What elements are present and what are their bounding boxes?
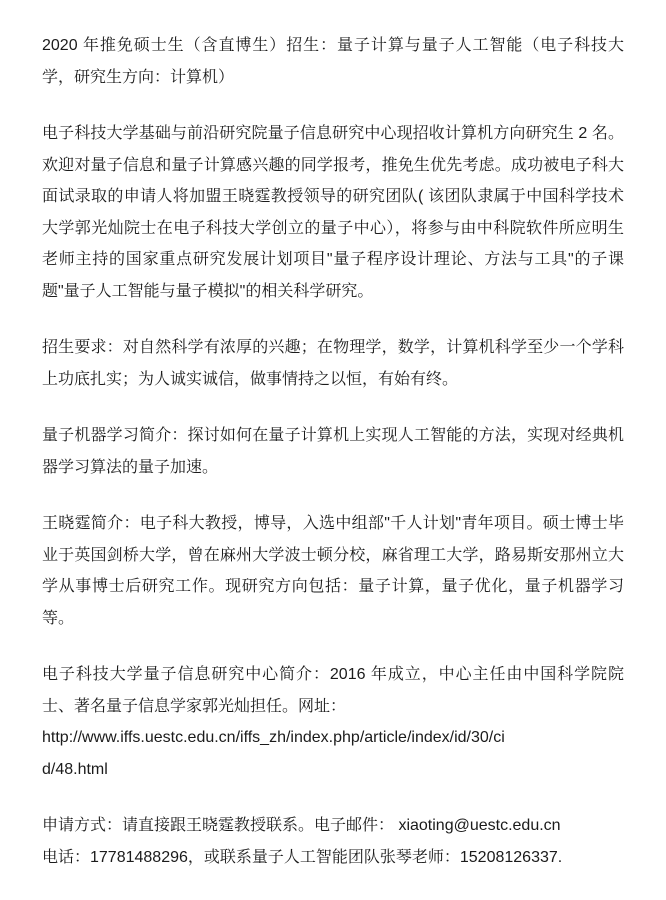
requirements-paragraph: 招生要求：对自然科学有浓厚的兴趣；在物理学，数学，计算机科学至少一个学科上功底扎… [42, 332, 624, 395]
page-title: 2020 年推免硕士生（含直博生）招生：量子计算与量子人工智能（电子科技大学，研… [42, 30, 624, 93]
apply-paragraph: 申请方式：请直接跟王晓霆教授联系。电子邮件： xiaoting@uestc.ed… [42, 810, 624, 873]
intro-paragraph: 电子科技大学基础与前沿研究院量子信息研究中心现招收计算机方向研究生 2 名。欢迎… [42, 118, 624, 307]
center-url-line-2: d/48.html [42, 754, 624, 786]
center-intro-text: 电子科技大学量子信息研究中心简介：2016 年成立，中心主任由中国科学院院士、著… [42, 666, 624, 715]
qml-intro-paragraph: 量子机器学习简介：探讨如何在量子计算机上实现人工智能的方法，实现对经典机器学习算… [42, 420, 624, 483]
apply-phone-line: 电话：17781488296，或联系量子人工智能团队张琴老师：152081263… [42, 842, 624, 874]
apply-contact-line: 申请方式：请直接跟王晓霆教授联系。电子邮件： xiaoting@uestc.ed… [42, 810, 624, 842]
center-url-line-1: http://www.iffs.uestc.edu.cn/iffs_zh/ind… [42, 722, 624, 754]
recruitment-notice-document: 2020 年推免硕士生（含直博生）招生：量子计算与量子人工智能（电子科技大学，研… [0, 0, 666, 900]
center-intro-paragraph: 电子科技大学量子信息研究中心简介：2016 年成立，中心主任由中国科学院院士、著… [42, 659, 624, 785]
professor-bio-paragraph: 王晓霆简介：电子科大教授，博导，入选中组部"千人计划"青年项目。硕士博士毕业于英… [42, 508, 624, 634]
